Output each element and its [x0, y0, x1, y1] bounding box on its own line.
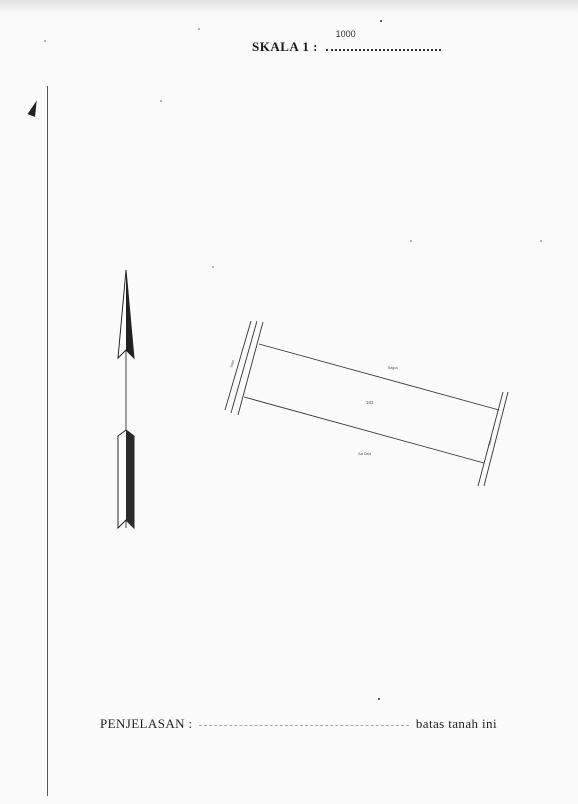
legend-line: PENJELASAN : batas tanah ini: [100, 716, 497, 732]
paper-speck: [410, 240, 412, 242]
survey-drawing: Bagus 183 Sal Dela Jalan Jalan: [0, 0, 578, 804]
legend-description: batas tanah ini: [416, 716, 497, 731]
south-boundary-label: Sal Dela: [358, 452, 371, 456]
legend-label: PENJELASAN :: [100, 716, 193, 731]
paper-speck: [378, 698, 380, 700]
east-road: [478, 392, 508, 486]
paper-speck: [198, 28, 200, 30]
east-road-label: Jalan: [487, 437, 493, 446]
paper-speck: [160, 100, 162, 102]
west-road-label: Jalan: [229, 359, 235, 368]
north-arrow-icon: [118, 270, 134, 528]
paper-speck: [44, 40, 46, 42]
parcel-number: 183: [366, 400, 374, 405]
north-boundary-label: Bagus: [388, 366, 398, 370]
paper-speck: [540, 240, 542, 242]
paper-speck: [380, 20, 382, 22]
paper-speck: [212, 266, 214, 268]
legend-boundary-sample: [199, 725, 409, 726]
